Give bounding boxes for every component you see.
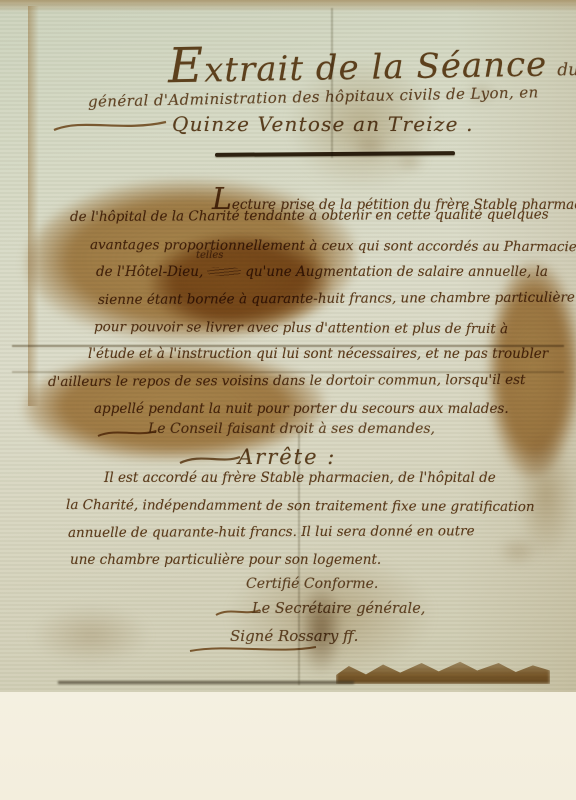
manuscript-line-with-correction: de l'Hôtel-Dieu,qu'une Augmentation de s… [96,264,576,291]
decision-paragraph: Il est accordé au frère Stable pharmacie… [0,470,576,580]
pen-flourish [178,452,242,466]
manuscript-line-part: qu'une Augmentation de salaire annuelle,… [245,264,548,280]
signature-line: Signé Rossary ff. [230,627,358,645]
manuscript-line: pour pouvoir se livrer avec plus d'atten… [94,319,576,349]
manuscript-paper-sheet: Extrait de la Séance du Conseil général … [0,0,576,692]
arrete-heading: Arrête : [238,445,336,469]
title-date-line: Quinze Ventose an Treize . [172,112,474,136]
manuscript-line: l'étude et à l'instruction qui lui sont … [88,346,576,373]
interlinear-insertion: telles [196,250,223,261]
title-divider-rule [215,151,455,157]
ink-scribble-strikethrough [207,267,241,276]
manuscript-line: de l'hôpital de la Charité tendante à ob… [70,207,576,237]
certification-line: Certifié Conforme. [246,576,378,592]
petition-paragraph: Lecture prise de la pétition du frère St… [0,182,576,429]
pen-flourish [52,116,170,134]
manuscript-line-part: de l'Hôtel-Dieu, [96,264,203,280]
paper-edge-shadow [58,681,354,684]
title-suffix: du Conseil [557,59,576,81]
manuscript-line: Il est accordé au frère Stable pharmacie… [104,470,576,497]
manuscript-line: sienne étant bornée à quarante-huit fran… [98,289,576,319]
manuscript-line: annuelle de quarante-huit francs. Il lui… [68,523,576,553]
manuscript-line: avantages proportionnellement à ceux qui… [90,237,576,267]
secretary-line: Le Secrétaire générale, [252,601,425,617]
manuscript-line: d'ailleurs le repos de ses voisins dans … [48,371,576,401]
council-transition-line: Le Conseil faisant droit à ses demandes, [148,421,435,437]
scanned-document-photo: Extrait de la Séance du Conseil général … [0,0,576,800]
manuscript-line: Lecture prise de la pétition du frère St… [212,182,576,209]
stain-bottom-left [30,604,152,666]
